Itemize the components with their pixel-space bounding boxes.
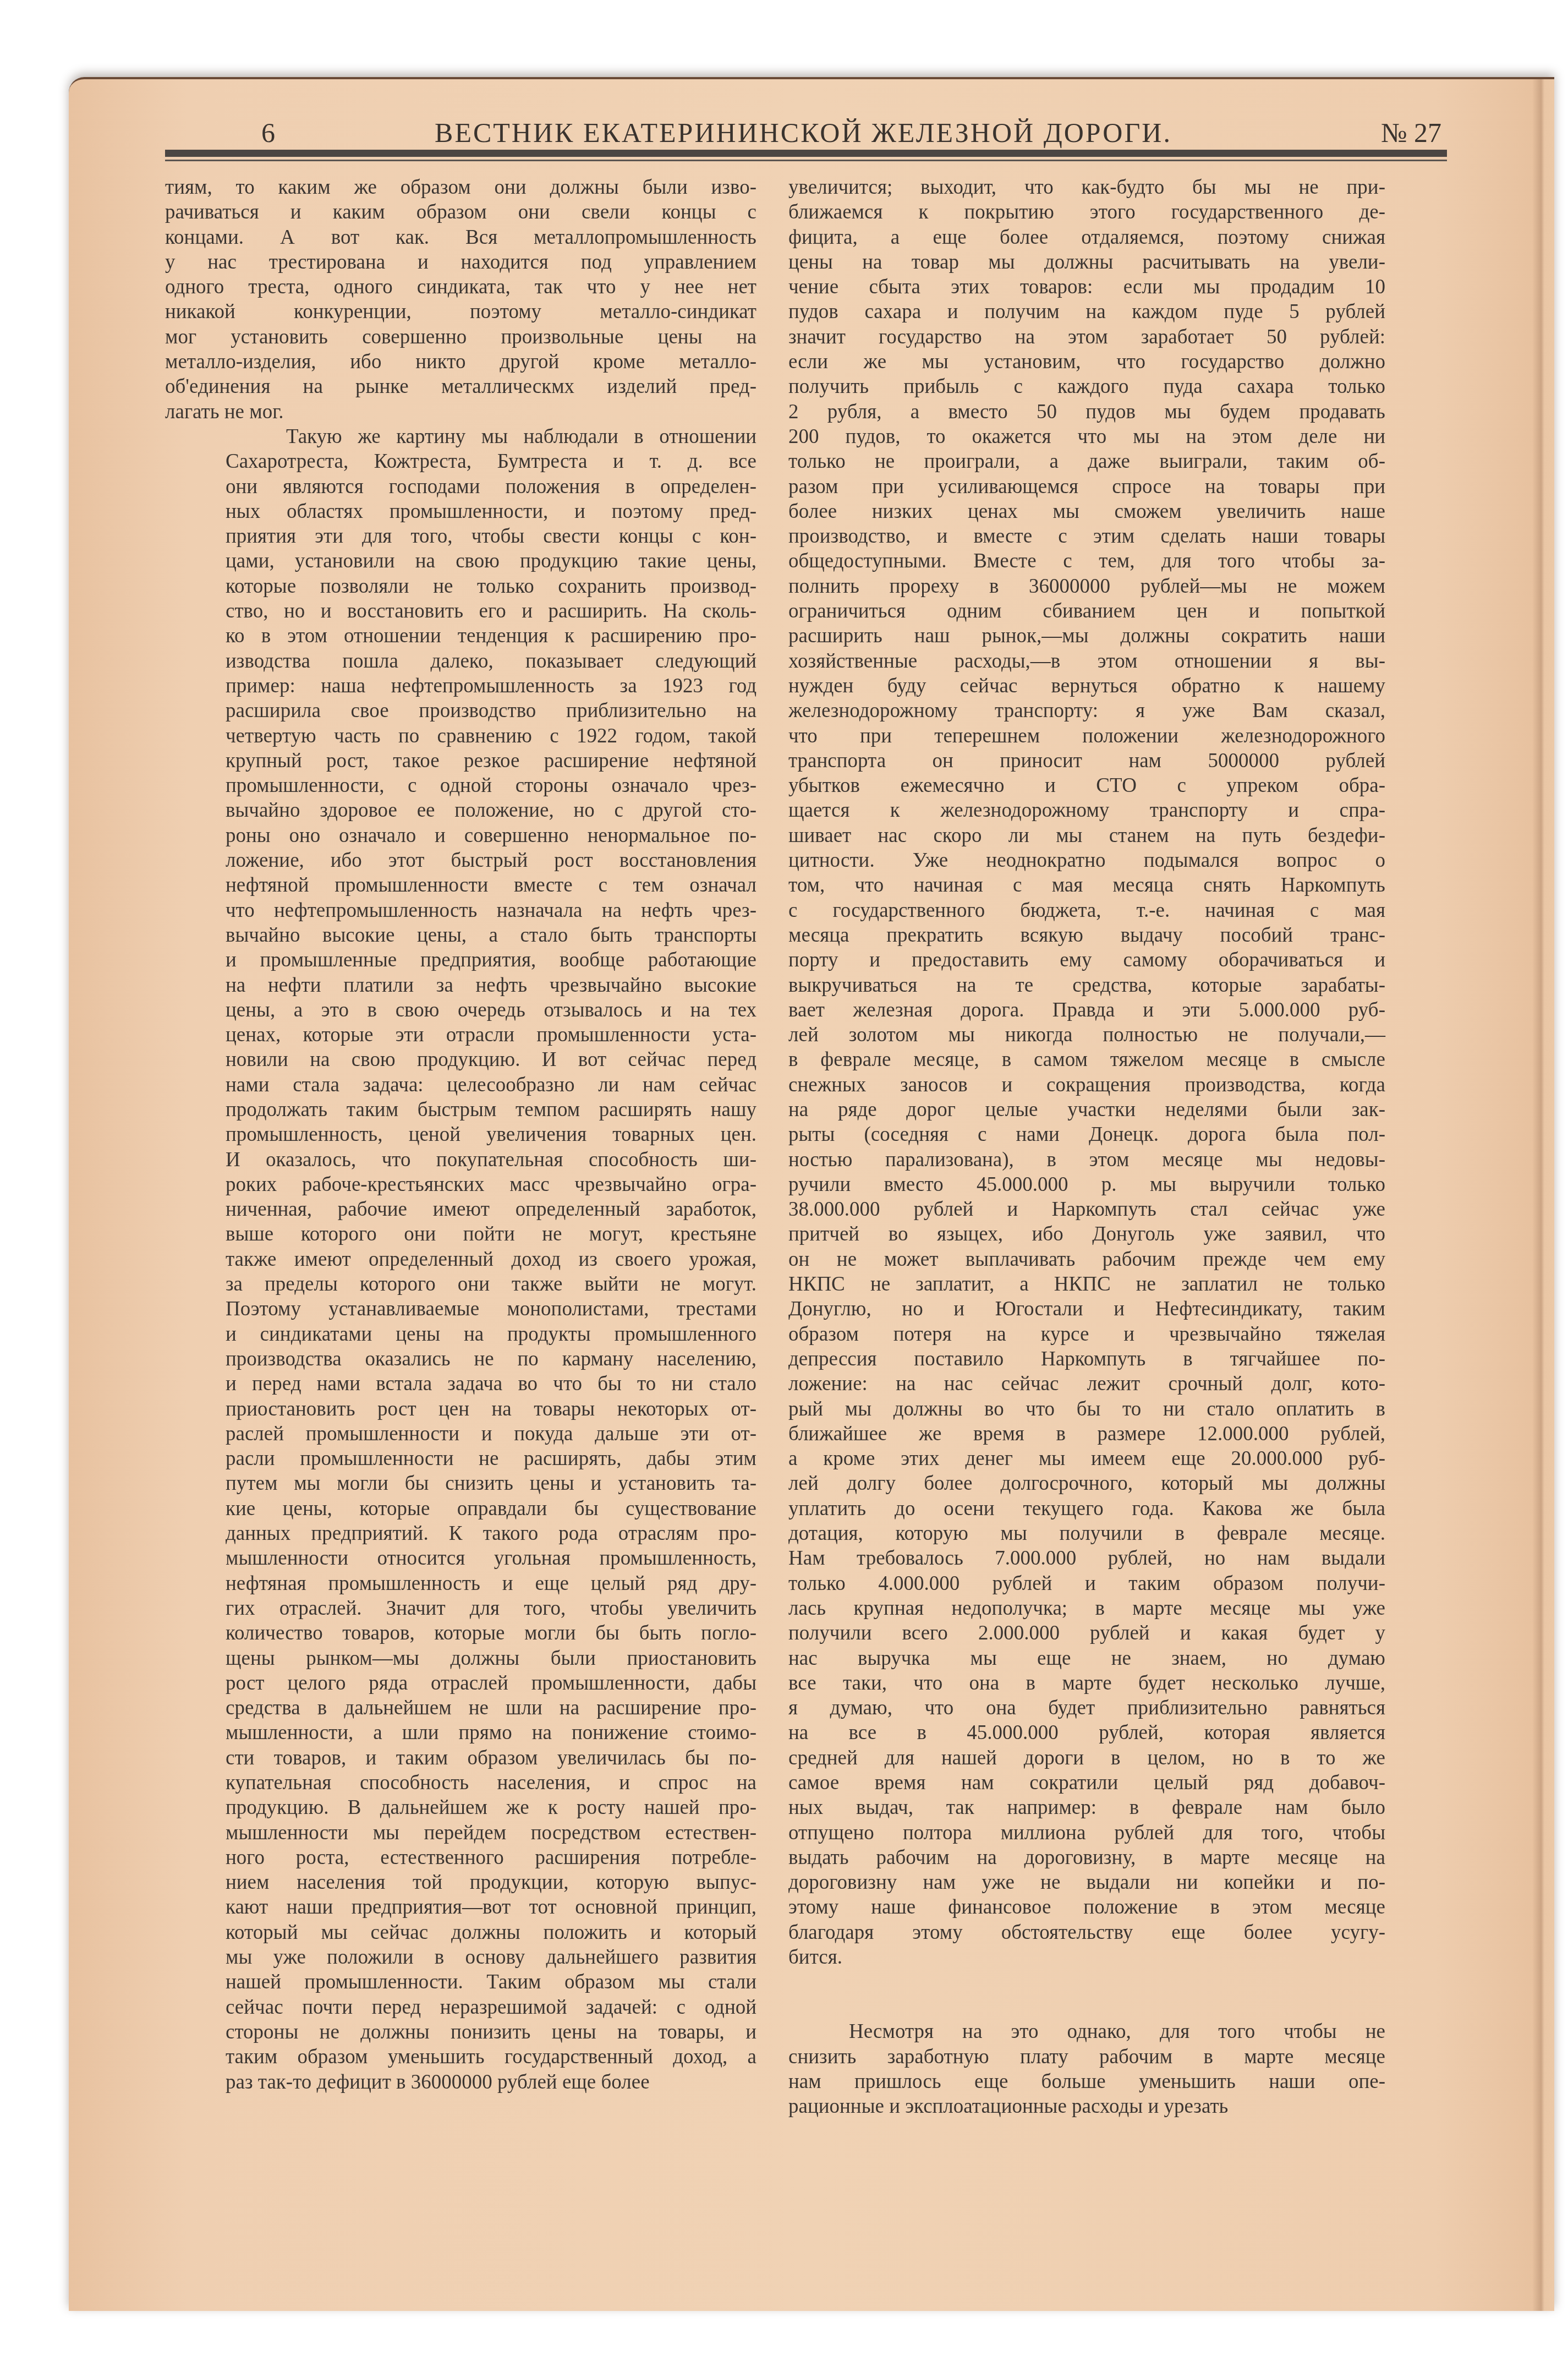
text-line: он не может выплачивать рабочим прежде ч… [788, 1247, 1385, 1272]
text-line: на все в 45.000.000 рублей, которая явля… [788, 1720, 1385, 1745]
header-rule-thick [165, 150, 1447, 157]
text-line: расли промышленности не расширять, дабы … [165, 1446, 756, 1471]
text-line: бится. [788, 1945, 1385, 1970]
text-line: мы уже положили в основу дальнейшего раз… [165, 1945, 756, 1970]
text-line: на ряде дорог целые участки неделями был… [788, 1097, 1385, 1122]
text-line: увеличится; выходит, что как-будто бы мы… [788, 175, 1385, 200]
text-line: получить прибыль с каждого пуда сахара т… [788, 374, 1385, 399]
text-line: таким образом уменьшить государственный … [165, 2045, 756, 2069]
text-line: щается к железнодорожному транспорту и с… [788, 798, 1385, 823]
text-line: чение сбыта этих товаров: если мы продад… [788, 275, 1385, 299]
text-line: нефтяная промышленность и еще целый ряд … [165, 1571, 756, 1596]
text-line: лей долгу более долгосрочного, который м… [788, 1471, 1385, 1496]
publication-title: ВЕСТНИК ЕКАТЕРИНИНСКОЙ ЖЕЛЕЗНОЙ ДОРОГИ. [165, 117, 1441, 149]
text-line: нами стала задача: целесообразно ли нам … [165, 1073, 756, 1097]
text-line: все таки, что она в марте будет нескольк… [788, 1671, 1385, 1696]
text-line: данных предприятий. К такого рода отрасл… [165, 1521, 756, 1546]
text-line: том, что начиная с мая месяца снять Нарк… [788, 873, 1385, 898]
text-line: получили всего 2.000.000 рублей и какая … [788, 1621, 1385, 1646]
text-line: Такую же картину мы наблюдали в отношени… [165, 424, 756, 449]
text-line: транспорта он приносит нам 5000000 рубле… [788, 748, 1385, 773]
text-line: Сахаротреста, Кожтреста, Бумтреста и т. … [165, 449, 756, 474]
text-line: рачиваться и каким образом они свели кон… [165, 200, 756, 225]
header-rule-thin [165, 160, 1447, 161]
text-line: и перед нами встала задача во что бы то … [165, 1371, 756, 1396]
text-line: месяца прекратить всякую выдачу пособий … [788, 923, 1385, 948]
text-line: расширить наш рынок,—мы должны сократить… [788, 624, 1385, 648]
text-line: лась крупная недополучка; в марте месяце… [788, 1596, 1385, 1621]
text-line: отпущено полтора миллиона рублей для тог… [788, 1821, 1385, 1845]
text-line: роны оно означало и совершенно ненормаль… [165, 823, 756, 848]
text-line: мышленности мы перейдем посредством есте… [165, 1821, 756, 1845]
text-line: притчей во языцех, ибо Донуголь уже заяв… [788, 1222, 1385, 1247]
text-line: тиям, то каким же образом они должны был… [165, 175, 756, 200]
issue-number: № 27 [1381, 117, 1441, 149]
text-line: ложение: на нас сейчас лежит срочный дол… [788, 1371, 1385, 1396]
text-line: средней для нашей дороги в целом, но в т… [788, 1746, 1385, 1770]
text-line: нужден буду сейчас вернуться обратно к н… [788, 674, 1385, 698]
text-line: фицита, а еще более отдаляемся, поэтому … [788, 225, 1385, 250]
text-line: выкручиваться на те средства, которые за… [788, 973, 1385, 998]
text-line: ного роста, естественного расширения пот… [165, 1845, 756, 1870]
text-line: концами. А вот как. Вся металлопромышлен… [165, 225, 756, 250]
paragraph: увеличится; выходит, что как-будто бы мы… [788, 175, 1385, 1970]
text-line: Несмотря на это однако, для того чтобы н… [788, 2019, 1385, 2044]
text-line: снизить заработную плату рабочим в марте… [788, 2045, 1385, 2069]
text-line: в феврале месяце, в самом тяжелом месяце… [788, 1047, 1385, 1072]
text-line: только 4.000.000 рублей и таким образом … [788, 1571, 1385, 1596]
text-line: приостановить рост цен на товары некотор… [165, 1397, 756, 1422]
text-line: шивает нас скоро ли мы станем на путь бе… [788, 823, 1385, 848]
text-line: новили на свою продукцию. И вот сейчас п… [165, 1047, 756, 1072]
text-line: 38.000.000 рублей и Наркомпуть стал сейч… [788, 1197, 1385, 1222]
text-line: сейчас почти перед неразрешимой задачей:… [165, 1995, 756, 2020]
text-line: ностью парализована), в этом месяце мы н… [788, 1147, 1385, 1172]
paragraph: Несмотря на это однако, для того чтобы н… [788, 2019, 1385, 2119]
text-line: нефтяной промышленности вместе с тем озн… [165, 873, 756, 898]
text-line: крупный рост, такое резкое расширение не… [165, 748, 756, 773]
text-line: раз так-то дефицит в 36000000 рублей еще… [165, 2070, 756, 2095]
text-line: они являются господами положения в опред… [165, 474, 756, 499]
text-line: я думаю, что она будет приблизительно ра… [788, 1696, 1385, 1720]
left-column: тиям, то каким же образом они должны был… [165, 175, 756, 2095]
text-line: количество товаров, которые могли бы быт… [165, 1621, 756, 1646]
text-line: ручили вместо 45.000.000 р. мы выручили … [788, 1172, 1385, 1197]
text-line: Нам требовалось 7.000.000 рублей, но нам… [788, 1546, 1385, 1571]
text-line: изводства пошла далеко, показывает следу… [165, 649, 756, 674]
text-line: 200 пудов, то окажется что мы на этом де… [788, 424, 1385, 449]
text-line: цены на товар мы должны расчитывать на у… [788, 250, 1385, 275]
text-line: мышленности относится угольная промышлен… [165, 1546, 756, 1571]
text-line: благодаря этому обстоятельству еще более… [788, 1920, 1385, 1945]
text-line: путем мы могли бы снизить цены и установ… [165, 1471, 756, 1496]
text-line: ближаемся к покрытию этого государственн… [788, 200, 1385, 225]
text-line: одного треста, одного синдиката, так что… [165, 275, 756, 299]
text-line: цитности. Уже неоднократно подымался воп… [788, 848, 1385, 873]
text-line: мышленности, а шли прямо на понижение ст… [165, 1720, 756, 1745]
text-line: продукцию. В дальнейшем же к росту нашей… [165, 1795, 756, 1820]
text-line: цены, а это в свою очередь отзывалось и … [165, 998, 756, 1023]
text-line: средства в дальнейшем не шли на расширен… [165, 1696, 756, 1720]
text-line: вычайно высокие цены, а стало быть транс… [165, 923, 756, 948]
text-line: за пределы которого они также выйти не м… [165, 1272, 756, 1297]
text-line: лей золотом мы никогда полностью не полу… [788, 1023, 1385, 1047]
text-line: хозяйственные расходы,—в этом отношении … [788, 649, 1385, 674]
text-line: рый мы должны во что бы то ни стало опла… [788, 1397, 1385, 1422]
text-line: стороны не должны понизить цены на товар… [165, 2020, 756, 2045]
text-line: и промышленные предприятия, вообще работ… [165, 948, 756, 972]
text-line: промышленность, ценой увеличения товарны… [165, 1122, 756, 1147]
text-line: железнодорожному транспорту: я уже Вам с… [788, 698, 1385, 723]
text-line: если же мы установим, что государство до… [788, 349, 1385, 374]
text-line: что нефтепромышленность назначала на неф… [165, 898, 756, 923]
text-line: дороговизну нам уже не выдали ни копейки… [788, 1870, 1385, 1895]
text-line: ложение, ибо этот быстрый рост восстанов… [165, 848, 756, 873]
text-line: нам пришлось еще больше уменьшить наши о… [788, 2069, 1385, 2094]
text-line: НКПС не заплатит, а НКПС не заплатил не … [788, 1272, 1385, 1297]
text-line: ограничиться одним сбиванием цен и попыт… [788, 599, 1385, 624]
text-line: а кроме этих денег мы имеем еще 20.000.0… [788, 1446, 1385, 1471]
text-line: этому наше финансовое положение в этом м… [788, 1895, 1385, 1920]
text-line: промышленности, с одной стороны означало… [165, 773, 756, 798]
text-line: убытков ежемесячно и СТО с упреком обра- [788, 773, 1385, 798]
text-line: депрессия поставило Наркомпуть в тягчайш… [788, 1347, 1385, 1371]
text-line: щены рынком—мы должны были приостановить [165, 1646, 756, 1671]
text-line: также имеют определенный доход из своего… [165, 1247, 756, 1272]
text-line: металло-изделия, ибо никто другой кроме … [165, 349, 756, 374]
text-line: кие цены, которые оправдали бы существов… [165, 1496, 756, 1521]
text-line: 2 рубля, а вместо 50 пудов мы будем прод… [788, 400, 1385, 424]
text-line: значит государство на этом заработает 50… [788, 325, 1385, 349]
text-line: вычайно здоровое ее положение, но с друг… [165, 798, 756, 823]
text-line: И оказалось, что покупательная способнос… [165, 1147, 756, 1172]
text-line: образом потеря на курсе и чрезвычайно тя… [788, 1322, 1385, 1347]
text-line: приятия эти для того, чтобы свести концы… [165, 524, 756, 549]
text-line: гих отраслей. Значит для того, чтобы уве… [165, 1596, 756, 1621]
text-line: продолжать таким быстрым темпом расширят… [165, 1097, 756, 1122]
text-line: ниченная, рабочие имеют определенный зар… [165, 1197, 756, 1222]
text-line: на нефти платили за нефть чрезвычайно вы… [165, 973, 756, 998]
text-line: снежных заносов и сокращения производств… [788, 1073, 1385, 1097]
text-line: роких рабоче-крестьянских масс чрезвычай… [165, 1172, 756, 1197]
text-line: нием населения той продукции, которую вы… [165, 1870, 756, 1895]
text-line: цами, установили на свою продукцию такие… [165, 549, 756, 573]
text-line: разом при усиливающемся спросе на товары… [788, 474, 1385, 499]
right-column: увеличится; выходит, что как-будто бы мы… [788, 175, 1385, 2119]
text-line: нас выручка мы еще не знаем, но думаю [788, 1646, 1385, 1671]
text-line: раслей промышленности и покуда дальше эт… [165, 1422, 756, 1446]
text-line: лагать не мог. [165, 400, 756, 424]
text-line: у нас трестирована и находится под управ… [165, 250, 756, 275]
text-line: дотация, которую мы получили в феврале м… [788, 1521, 1385, 1546]
text-line: об'единения на рынке металлическмх издел… [165, 374, 756, 399]
text-line: Поэтому устанавливаемые монополистами, т… [165, 1297, 756, 1321]
paragraph: Такую же картину мы наблюдали в отношени… [165, 424, 756, 2095]
paragraph: тиям, то каким же образом они должны был… [165, 175, 756, 424]
text-line: выше которого они пойти не могут, кресть… [165, 1222, 756, 1247]
text-line: четвертую часть по сравнению с 1922 годо… [165, 724, 756, 748]
text-line: сти товаров, и таким образом увеличилась… [165, 1746, 756, 1770]
page-number: 6 [261, 117, 275, 149]
text-line: никакой конкуренции, поэтому металло-син… [165, 299, 756, 324]
text-line: и синдикатами цены на продукты промышлен… [165, 1322, 756, 1347]
text-line: Донуглю, но и Югостали и Нефтесиндикату,… [788, 1297, 1385, 1321]
text-line: самое время нам сократили целый ряд доба… [788, 1770, 1385, 1795]
text-line: ство, но и восстановить его и расширить.… [165, 599, 756, 624]
text-line: которые позволяли не только сохранить пр… [165, 574, 756, 599]
text-line: расширила свое производство приблизитель… [165, 698, 756, 723]
text-line: пудов сахара и получим на каждом пуде 5 … [788, 299, 1385, 324]
text-line: более низких ценах мы сможем увеличить н… [788, 499, 1385, 524]
text-line: который мы сейчас должны положить и кото… [165, 1920, 756, 1945]
text-line: рыты (соседняя с нами Донецк. дорога был… [788, 1122, 1385, 1147]
text-line: порту и предоставить ему самому оборачив… [788, 948, 1385, 972]
text-line: вает железная дорога. Правда и эти 5.000… [788, 998, 1385, 1023]
text-line: рост целого ряда отраслей промышленности… [165, 1671, 756, 1696]
text-line: кают наши предприятия—вот тот основной п… [165, 1895, 756, 1920]
text-line: что при теперешнем положении железнодоро… [788, 724, 1385, 748]
text-line: ных областях промышленности, и поэтому п… [165, 499, 756, 524]
text-line: рационные и эксплоатационные расходы и у… [788, 2094, 1385, 2119]
page-header: ВЕСТНИК ЕКАТЕРИНИНСКОЙ ЖЕЛЕЗНОЙ ДОРОГИ. … [165, 117, 1441, 144]
text-line: полнить прореху в 36000000 рублей—мы не … [788, 574, 1385, 599]
text-line: уплатить до осени текущего года. Какова … [788, 1496, 1385, 1521]
text-line: купательная способность населения, и спр… [165, 1770, 756, 1795]
text-line: производство, и вместе с этим сделать на… [788, 524, 1385, 549]
text-line: с государственного бюджета, т.-е. начина… [788, 898, 1385, 923]
text-line: выдать рабочим на дороговизну, в марте м… [788, 1845, 1385, 1870]
text-line: ко в этом отношении тенденция к расширен… [165, 624, 756, 648]
text-line: нашей промышленности. Таким образом мы с… [165, 1970, 756, 1994]
text-line: общедоступными. Вместе с тем, для того ч… [788, 549, 1385, 573]
text-line: производства оказались не по карману нас… [165, 1347, 756, 1371]
text-line: пример: наша нефтепромышленность за 1923… [165, 674, 756, 698]
text-line: ных выдач, так например: в феврале нам б… [788, 1795, 1385, 1820]
text-line: только не проиграли, а даже выиграли, та… [788, 449, 1385, 474]
text-line: ценах, которые эти отрасли промышленност… [165, 1023, 756, 1047]
text-line: мог установить совершенно произвольные ц… [165, 325, 756, 349]
text-line: ближайшее же время в размере 12.000.000 … [788, 1422, 1385, 1446]
